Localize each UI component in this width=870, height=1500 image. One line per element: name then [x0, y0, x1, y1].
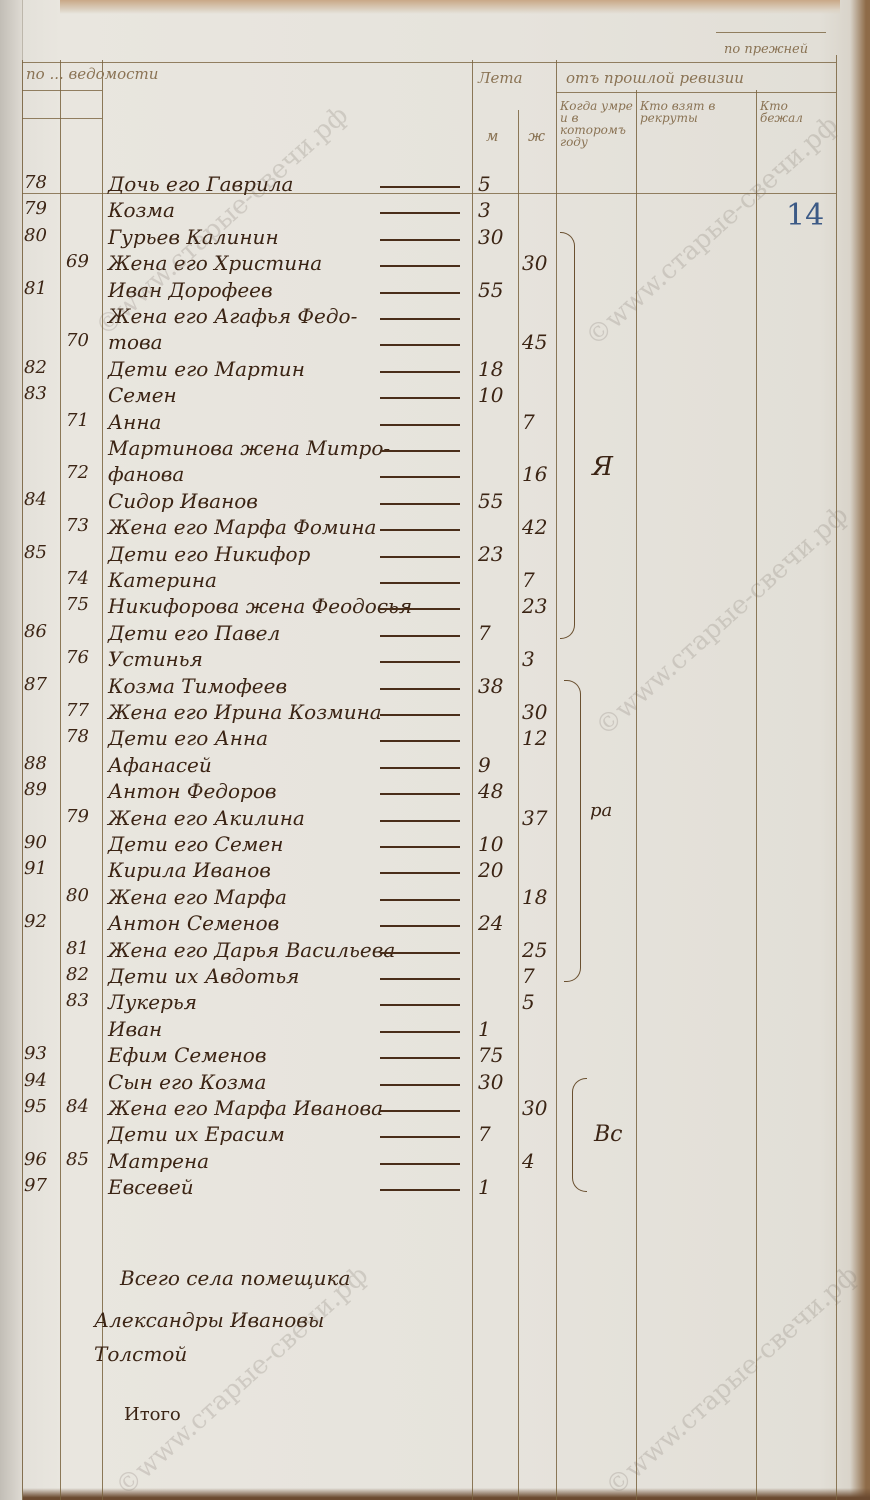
male-age: 9 — [478, 753, 491, 777]
female-age: 16 — [522, 462, 547, 486]
filler-dash — [380, 292, 460, 294]
entry-name: Жена его Христина — [108, 251, 322, 275]
page-number: 14 — [786, 198, 824, 233]
entry-name: Козма — [108, 198, 175, 222]
entry-name: Жена его Марфа Иванова — [108, 1096, 383, 1120]
female-entry-number: 75 — [66, 594, 89, 615]
entry-name: Жена его Акилина — [108, 806, 305, 830]
female-age: 42 — [522, 515, 547, 539]
filler-dash — [380, 424, 460, 426]
female-age: 30 — [522, 700, 547, 724]
entry-name: Семен — [108, 383, 177, 407]
female-entry-number: 85 — [66, 1149, 89, 1170]
male-age: 3 — [478, 198, 491, 222]
male-age: 55 — [478, 489, 503, 513]
filler-dash — [380, 608, 460, 610]
male-age: 30 — [478, 225, 503, 249]
male-age: 23 — [478, 542, 503, 566]
entry-name: Дети его Анна — [108, 726, 268, 750]
female-entry-number: 76 — [66, 647, 89, 668]
note-line: Толстой — [94, 1342, 187, 1366]
header-female: ж — [528, 130, 545, 142]
header-rule — [556, 92, 836, 93]
filler-dash — [380, 661, 460, 663]
entry-name: Афанасей — [108, 753, 212, 777]
female-entry-number: 82 — [66, 964, 89, 985]
footer-total-word: Итого — [124, 1404, 181, 1425]
male-age: 1 — [478, 1017, 491, 1041]
filler-dash — [380, 635, 460, 637]
filler-dash — [380, 239, 460, 241]
entry-name: Антон Семенов — [108, 911, 279, 935]
entry-name: Лукерья — [108, 990, 197, 1014]
filler-dash — [380, 1084, 460, 1086]
female-age: 30 — [522, 251, 547, 275]
rule-line — [756, 90, 757, 1500]
header-top-left: по ... ведомости — [26, 68, 158, 80]
margin-line-number: 95 — [24, 1096, 47, 1117]
filler-dash — [380, 529, 460, 531]
margin-line-number: 81 — [24, 278, 47, 299]
filler-dash — [380, 714, 460, 716]
margin-line-number: 93 — [24, 1043, 47, 1064]
filler-dash — [380, 344, 460, 346]
female-age: 45 — [522, 330, 547, 354]
filler-dash — [380, 476, 460, 478]
filler-dash — [380, 1136, 460, 1138]
female-age: 37 — [522, 806, 547, 830]
entry-name: Дети его Никифор — [108, 542, 310, 566]
entry-name: Мартинова жена Митро- — [108, 436, 390, 460]
male-age: 7 — [478, 1122, 491, 1146]
female-entry-number: 79 — [66, 806, 89, 827]
entry-name: Анна — [108, 410, 161, 434]
filler-dash — [380, 740, 460, 742]
filler-dash — [380, 1004, 460, 1006]
rule-line — [472, 60, 473, 1500]
filler-dash — [380, 820, 460, 822]
bracket-note: Я — [592, 452, 613, 482]
female-entry-number: 72 — [66, 462, 89, 483]
watermark: ©www.старые-свечи.рф — [590, 500, 854, 742]
note-line: Всего села помещика — [120, 1266, 350, 1290]
rule-line — [102, 60, 103, 1500]
filler-dash — [380, 1057, 460, 1059]
female-age: 7 — [522, 964, 535, 988]
filler-dash — [380, 371, 460, 373]
entry-name: Кирила Иванов — [108, 858, 271, 882]
entry-name: Антон Федоров — [108, 779, 277, 803]
rule-line — [556, 60, 557, 1500]
male-age: 30 — [478, 1070, 503, 1094]
margin-line-number: 84 — [24, 489, 47, 510]
family-bracket — [560, 232, 575, 639]
header-rule — [22, 90, 102, 91]
rule-line — [518, 110, 519, 1500]
male-age: 1 — [478, 1175, 491, 1199]
female-age: 5 — [522, 990, 535, 1014]
margin-line-number: 94 — [24, 1070, 47, 1091]
filler-dash — [380, 1110, 460, 1112]
filler-dash — [380, 899, 460, 901]
entry-name: Катерина — [108, 568, 217, 592]
male-age: 7 — [478, 621, 491, 645]
margin-line-number: 79 — [24, 198, 47, 219]
male-age: 10 — [478, 832, 503, 856]
filler-dash — [380, 186, 460, 188]
male-age: 75 — [478, 1043, 503, 1067]
bracket-note: ра — [590, 800, 612, 821]
female-age: 7 — [522, 568, 535, 592]
male-age: 55 — [478, 278, 503, 302]
filler-dash — [380, 1163, 460, 1165]
book-spine — [0, 0, 23, 1500]
header-top-right: по прежней — [724, 44, 808, 56]
male-age: 38 — [478, 674, 503, 698]
male-age: 24 — [478, 911, 503, 935]
entry-name: Жена его Дарья Васильева — [108, 938, 395, 962]
filler-dash — [380, 767, 460, 769]
female-entry-number: 84 — [66, 1096, 89, 1117]
female-age: 4 — [522, 1149, 535, 1173]
filler-dash — [380, 318, 460, 320]
document-page: по ... ведомости по прежней Лета отъ про… — [0, 0, 870, 1500]
watermark: ©www.старые-свечи.рф — [110, 1260, 374, 1500]
female-entry-number: 70 — [66, 330, 89, 351]
entry-name: Сидор Иванов — [108, 489, 258, 513]
female-age: 23 — [522, 594, 547, 618]
entry-name: Козма Тимофеев — [108, 674, 287, 698]
margin-line-number: 87 — [24, 674, 47, 695]
filler-dash — [380, 846, 460, 848]
male-age: 20 — [478, 858, 503, 882]
filler-dash — [380, 688, 460, 690]
female-entry-number: 73 — [66, 515, 89, 536]
margin-line-number: 83 — [24, 383, 47, 404]
entry-name: Дети их Авдотья — [108, 964, 299, 988]
filler-dash — [380, 1189, 460, 1191]
header-sub-recruits: Кто взят в рекруты — [640, 100, 752, 124]
bracket-note: Вс — [594, 1122, 623, 1147]
header-male: м — [486, 130, 498, 142]
margin-line-number: 86 — [24, 621, 47, 642]
entry-name: Никифорова жена Феодосья — [108, 594, 412, 618]
entry-name: Жена его Марфа — [108, 885, 287, 909]
entry-name: Матрена — [108, 1149, 209, 1173]
filler-dash — [380, 556, 460, 558]
entry-name: Дети его Семен — [108, 832, 283, 856]
female-entry-number: 78 — [66, 726, 89, 747]
margin-line-number: 89 — [24, 779, 47, 800]
margin-line-number: 85 — [24, 542, 47, 563]
female-entry-number: 83 — [66, 990, 89, 1011]
header-rule — [716, 32, 826, 33]
female-entry-number: 74 — [66, 568, 89, 589]
header-age-group: Лета — [478, 72, 523, 84]
entry-name: фанова — [108, 462, 184, 486]
female-age: 30 — [522, 1096, 547, 1120]
entry-name: Дети его Мартин — [108, 357, 305, 381]
margin-line-number: 91 — [24, 858, 47, 879]
female-entry-number: 81 — [66, 938, 89, 959]
female-age: 12 — [522, 726, 547, 750]
female-age: 3 — [522, 647, 535, 671]
margin-line-number: 80 — [24, 225, 47, 246]
entry-name: Евсевей — [108, 1175, 194, 1199]
entry-name: Устинья — [108, 647, 203, 671]
filler-dash — [380, 925, 460, 927]
torn-top-edge — [60, 0, 840, 14]
male-age: 48 — [478, 779, 503, 803]
entry-name: Сын его Козма — [108, 1070, 266, 1094]
entry-name: Жена его Ирина Козмина — [108, 700, 382, 724]
rule-line — [60, 60, 61, 1500]
watermark: ©www.старые-свечи.рф — [600, 1260, 864, 1500]
header-main: отъ прошлой ревизии — [566, 72, 744, 84]
header-rule — [22, 62, 836, 63]
family-bracket — [564, 680, 581, 982]
entry-name: Дети его Павел — [108, 621, 280, 645]
female-entry-number: 77 — [66, 700, 89, 721]
entry-name: Жена его Марфа Фомина — [108, 515, 376, 539]
margin-line-number: 82 — [24, 357, 47, 378]
female-age: 18 — [522, 885, 547, 909]
male-age: 10 — [478, 383, 503, 407]
filler-dash — [380, 212, 460, 214]
margin-line-number: 96 — [24, 1149, 47, 1170]
header-rule — [22, 118, 102, 119]
family-bracket — [572, 1078, 587, 1192]
filler-dash — [380, 397, 460, 399]
entry-name: Ефим Семенов — [108, 1043, 267, 1067]
female-age: 25 — [522, 938, 547, 962]
margin-line-number: 97 — [24, 1175, 47, 1196]
filler-dash — [380, 978, 460, 980]
filler-dash — [380, 793, 460, 795]
male-age: 18 — [478, 357, 503, 381]
margin-line-number: 78 — [24, 172, 47, 193]
filler-dash — [380, 872, 460, 874]
filler-dash — [380, 450, 460, 452]
entry-name: Дети их Ерасим — [108, 1122, 285, 1146]
male-age: 5 — [478, 172, 491, 196]
filler-dash — [380, 582, 460, 584]
female-age: 7 — [522, 410, 535, 434]
margin-line-number: 88 — [24, 753, 47, 774]
female-entry-number: 80 — [66, 885, 89, 906]
female-entry-number: 69 — [66, 251, 89, 272]
filler-dash — [380, 265, 460, 267]
entry-name: Иван — [108, 1017, 162, 1041]
header-sub-died: Когда умре и в которомъ году — [560, 100, 634, 148]
female-entry-number: 71 — [66, 410, 89, 431]
filler-dash — [380, 503, 460, 505]
filler-dash — [380, 952, 460, 954]
rule-line — [22, 60, 23, 1500]
margin-line-number: 90 — [24, 832, 47, 853]
filler-dash — [380, 1031, 460, 1033]
margin-line-number: 92 — [24, 911, 47, 932]
